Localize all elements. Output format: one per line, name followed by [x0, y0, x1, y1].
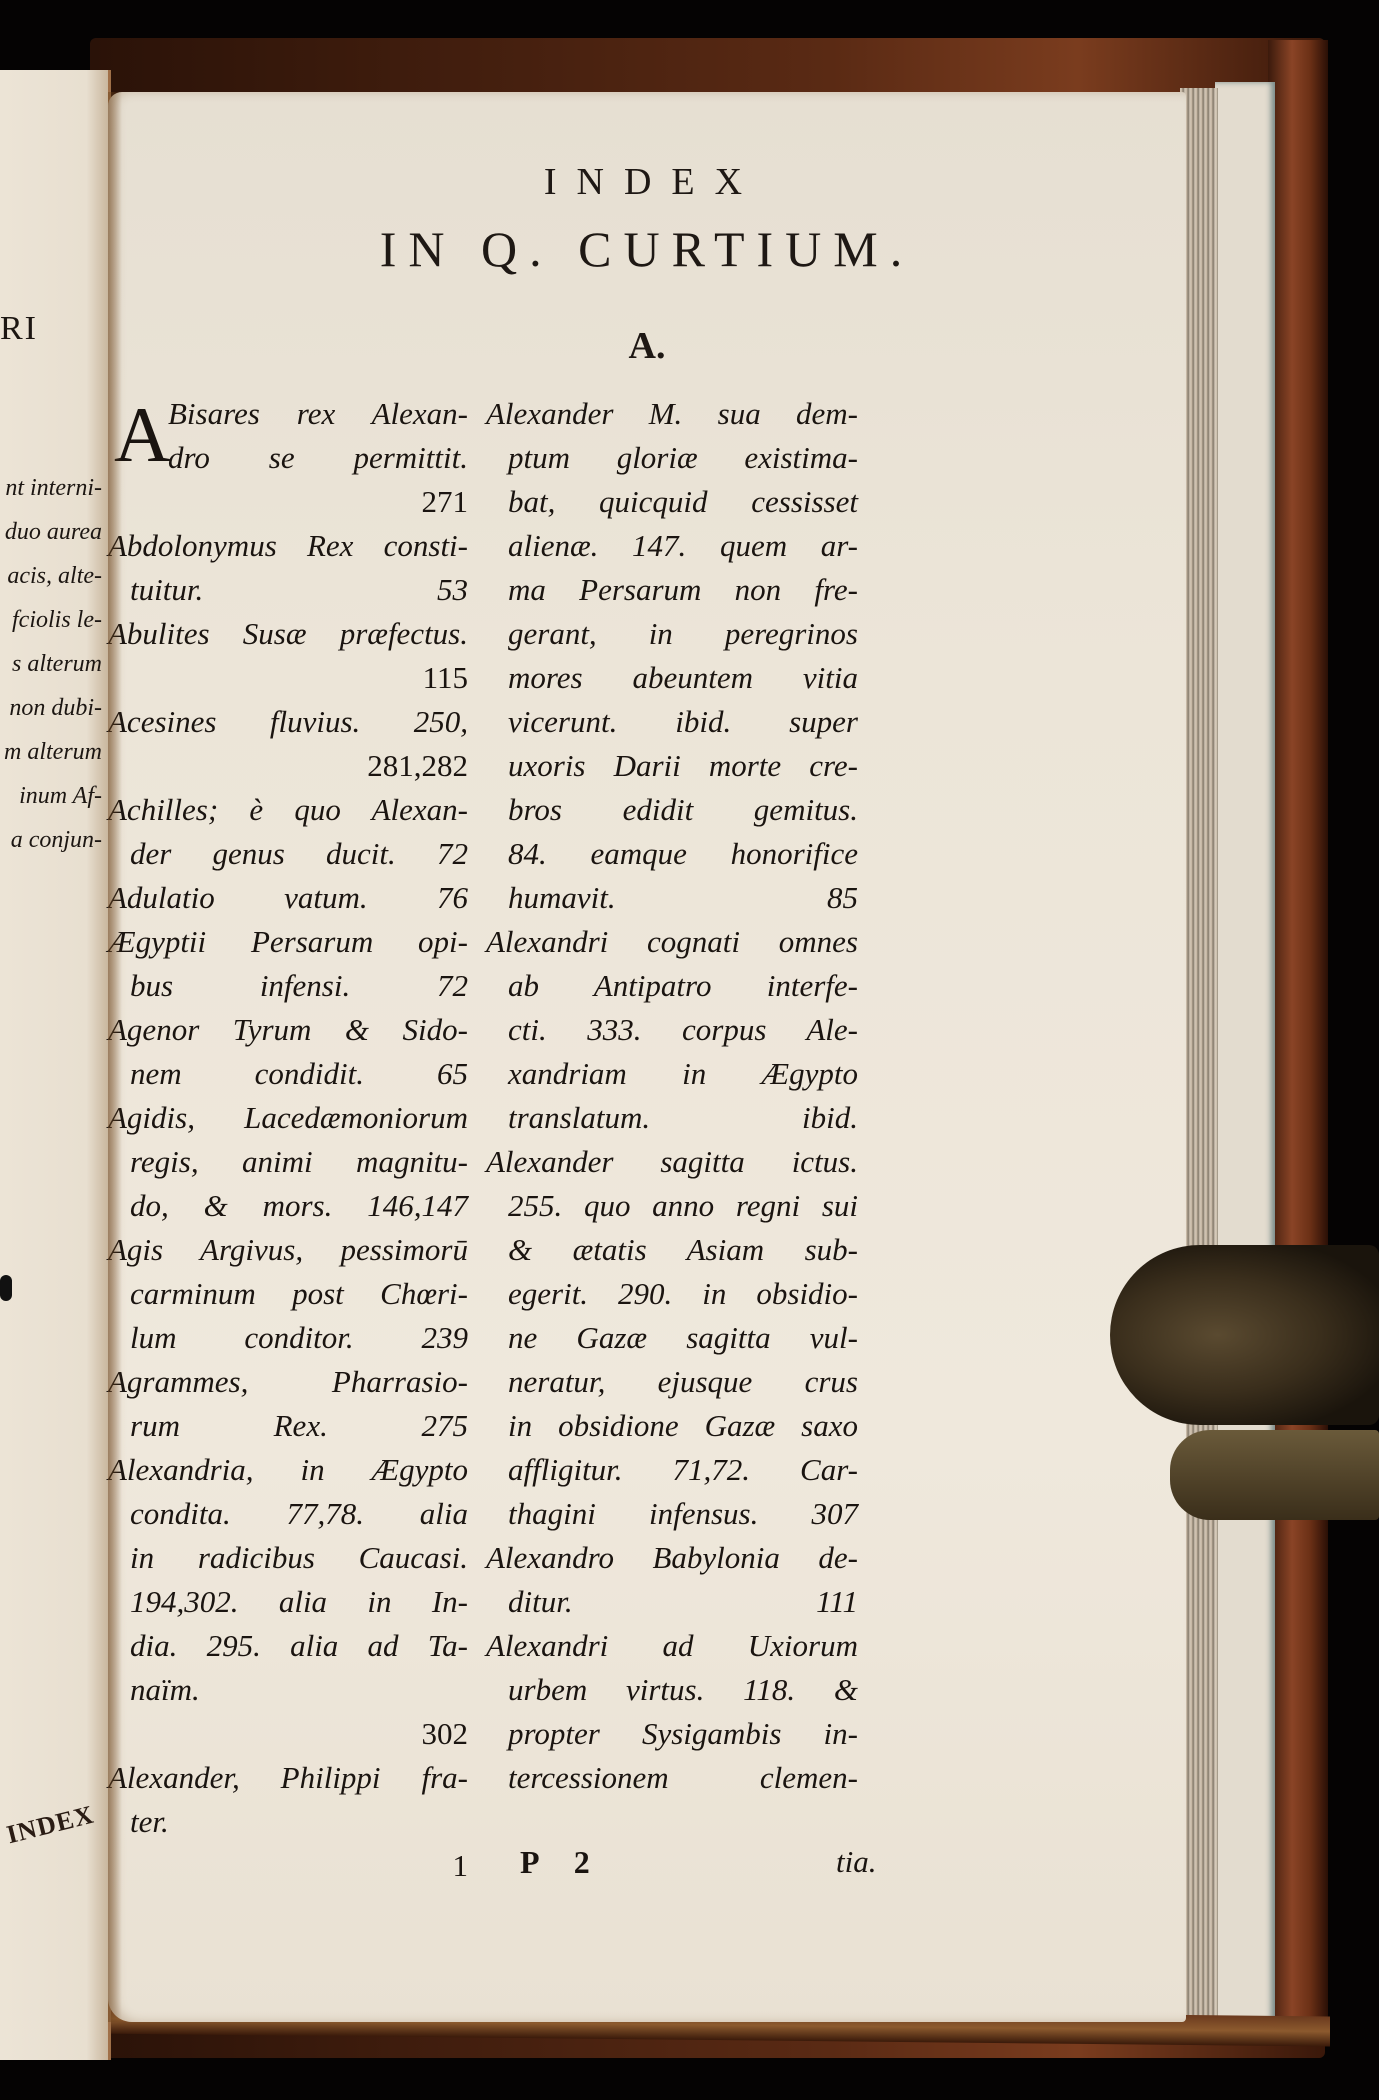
index-entry-line: Agrammes, Pharrasio-: [108, 1360, 468, 1404]
index-entry-line: Agis Argivus, pessimorū: [108, 1228, 468, 1272]
index-entry-line: Alexandro Babylonia de-: [486, 1536, 858, 1580]
index-entry-line: dia. 295. alia ad Ta-: [108, 1624, 468, 1668]
index-entry-line: tuitur. 53: [108, 568, 468, 612]
left-page-fragment: non dubi-: [9, 695, 102, 722]
index-entry-line: nem condidit. 65: [108, 1052, 468, 1096]
left-page-fragment: nt interni-: [5, 475, 102, 502]
index-entry-line: 194,302. alia in In-: [108, 1580, 468, 1624]
index-entry-line: carminum post Chœri-: [108, 1272, 468, 1316]
index-entry-line: 255. quo anno regni sui: [486, 1184, 858, 1228]
index-entry-line: ditur. 111: [486, 1580, 858, 1624]
ink-blot: [0, 1275, 12, 1301]
section-letter: A.: [108, 324, 1186, 368]
index-entry-line: ab Antipatro interfe-: [486, 964, 858, 1008]
brass-clasp-hinge: [1170, 1430, 1379, 1520]
index-entry-line: cti. 333. corpus Ale-: [486, 1008, 858, 1052]
index-entry-line: vicerunt. ibid. super: [486, 700, 858, 744]
index-entry-line: 271: [108, 480, 468, 524]
cover-spine-edge: [1268, 40, 1328, 2030]
index-entry-line: Alexander, Philippi fra-: [108, 1756, 468, 1800]
index-column-right: Alexander M. sua dem-ptum gloriæ existim…: [486, 392, 858, 1800]
index-entry-line: & ætatis Asiam sub-: [486, 1228, 858, 1272]
left-page-fragment: a conjun-: [11, 827, 102, 854]
index-entry-line: Alexandri ad Uxiorum: [486, 1624, 858, 1668]
gutter-shadow: [108, 92, 122, 2022]
index-entry-line: der genus ducit. 72: [108, 832, 468, 876]
index-entry-line: dro se permittit.: [108, 436, 468, 480]
index-entry-line: gerant, in peregrinos: [486, 612, 858, 656]
index-entry-line: urbem virtus. 118. &: [486, 1668, 858, 1712]
index-entry-line: bus infensi. 72: [108, 964, 468, 1008]
index-entry-line: Alexander M. sua dem-: [486, 392, 858, 436]
index-entry-line: egerit. 290. in obsidio-: [486, 1272, 858, 1316]
page-title-subject: IN Q. CURTIUM.: [108, 220, 1186, 278]
index-entry-line: alienæ. 147. quem ar-: [486, 524, 858, 568]
index-entry-line: 281,282: [108, 744, 468, 788]
index-entry-line: in radicibus Caucasi.: [108, 1536, 468, 1580]
index-entry-line: Bisares rex Alexan-: [108, 392, 468, 436]
brass-clasp: [1110, 1245, 1379, 1425]
index-entry-line: Agenor Tyrum & Sido-: [108, 1008, 468, 1052]
signature-mark: P 2: [520, 1844, 604, 1881]
index-entry-line: 1: [108, 1844, 468, 1888]
index-entry-line: in obsidione Gazæ saxo: [486, 1404, 858, 1448]
index-entry-line: affligitur. 71,72. Car-: [486, 1448, 858, 1492]
index-entry-line: bat, quicquid cessisset: [486, 480, 858, 524]
page-title-index: INDEX: [108, 160, 1186, 204]
index-entry-line: Alexandri cognati omnes: [486, 920, 858, 964]
index-entry-line: translatum. ibid.: [486, 1096, 858, 1140]
left-page-fragment: inum Af-: [19, 783, 102, 810]
index-entry-line: Alexandria, in Ægypto: [108, 1448, 468, 1492]
index-entry-line: 84. eamque honorifice: [486, 832, 858, 876]
index-entry-line: uxoris Darii morte cre-: [486, 744, 858, 788]
flyleaf-edge: [1215, 82, 1275, 2027]
index-entry-line: Achilles; è quo Alexan-: [108, 788, 468, 832]
left-page-fragment: duo aurea: [5, 519, 102, 546]
index-entry-line: 302: [108, 1712, 468, 1756]
left-page-fragment: fciolis le-: [12, 607, 102, 634]
left-page: RI nt interni-duo aureaacis, alte-fcioli…: [0, 70, 111, 2060]
index-entry-line: ne Gazæ sagitta vul-: [486, 1316, 858, 1360]
index-entry-line: Abulites Susæ præfectus.: [108, 612, 468, 656]
index-entry-line: tercessionem clemen-: [486, 1756, 858, 1800]
left-catchword: INDEX: [4, 1800, 97, 1851]
index-entry-line: Abdolonymus Rex consti-: [108, 524, 468, 568]
left-page-fragment: m alterum: [4, 739, 102, 766]
index-entry-line: thagini infensus. 307: [486, 1492, 858, 1536]
index-entry-line: ptum gloriæ existima-: [486, 436, 858, 480]
index-column-left: Bisares rex Alexan-dro se permittit.271A…: [108, 392, 468, 1888]
index-entry-line: regis, animi magnitu-: [108, 1140, 468, 1184]
catchword: tia.: [836, 1844, 876, 1880]
index-page: INDEX IN Q. CURTIUM. A. A Bisares rex Al…: [108, 92, 1186, 2022]
index-entry-line: Adulatio vatum. 76: [108, 876, 468, 920]
index-entry-line: rum Rex. 275: [108, 1404, 468, 1448]
index-entry-line: do, & mors. 146,147: [108, 1184, 468, 1228]
index-entry-line: mores abeuntem vitia: [486, 656, 858, 700]
left-page-fragment: s alterum: [12, 651, 102, 678]
index-entry-line: Acesines fluvius. 250,: [108, 700, 468, 744]
index-entry-line: Agidis, Lacedæmoniorum: [108, 1096, 468, 1140]
index-entry-line: humavit. 85: [486, 876, 858, 920]
index-entry-line: xandriam in Ægypto: [486, 1052, 858, 1096]
index-entry-line: bros edidit gemitus.: [486, 788, 858, 832]
index-entry-line: propter Sysigambis in-: [486, 1712, 858, 1756]
index-entry-line: condita. 77,78. alia: [108, 1492, 468, 1536]
index-entry-line: naïm.: [108, 1668, 468, 1712]
index-entry-line: ma Persarum non fre-: [486, 568, 858, 612]
left-page-fragment: acis, alte-: [7, 563, 102, 590]
index-entry-line: lum conditor. 239: [108, 1316, 468, 1360]
index-entry-line: neratur, ejusque crus: [486, 1360, 858, 1404]
index-entry-line: Alexander sagitta ictus.: [486, 1140, 858, 1184]
index-entry-line: Ægyptii Persarum opi-: [108, 920, 468, 964]
index-entry-line: 115: [108, 656, 468, 700]
index-entry-line: ter.: [108, 1800, 468, 1844]
left-running-head: RI: [0, 310, 38, 348]
